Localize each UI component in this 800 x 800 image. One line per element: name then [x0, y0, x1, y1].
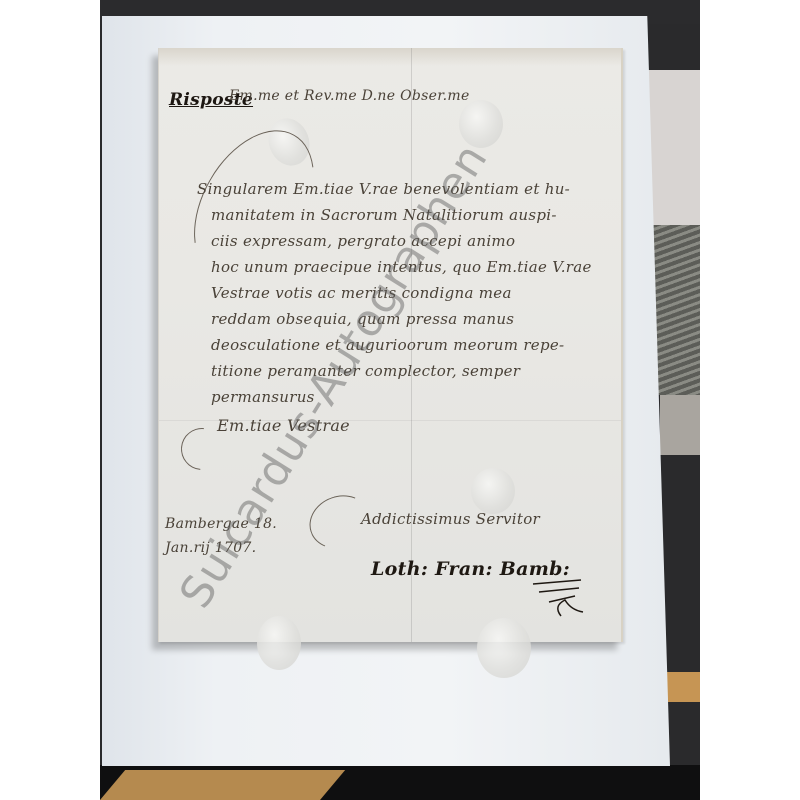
signature-paraph-icon	[531, 576, 591, 622]
background-table-edge	[100, 770, 345, 800]
background-printed-page	[660, 395, 700, 455]
embossed-seal-icon	[257, 616, 301, 670]
body-line: Singularem Em.tiae V.rae benevolentiam e…	[197, 180, 570, 198]
embossed-seal-icon	[477, 618, 531, 678]
body-line: ciis expressam, pergrato accepi animo	[211, 232, 515, 250]
body-line: deosculatione et augurioorum meorum repe…	[211, 336, 564, 354]
body-line: manitatem in Sacrorum Natalitiorum auspi…	[211, 206, 557, 224]
closing-phrase: Addictissimus Servitor	[361, 510, 540, 528]
document-photo: Risposte Em.me et Rev.me D.ne Obser.me S…	[100, 0, 700, 800]
salutation: Em.me et Rev.me D.ne Obser.me	[229, 88, 470, 104]
embossed-seal-icon	[471, 468, 515, 514]
